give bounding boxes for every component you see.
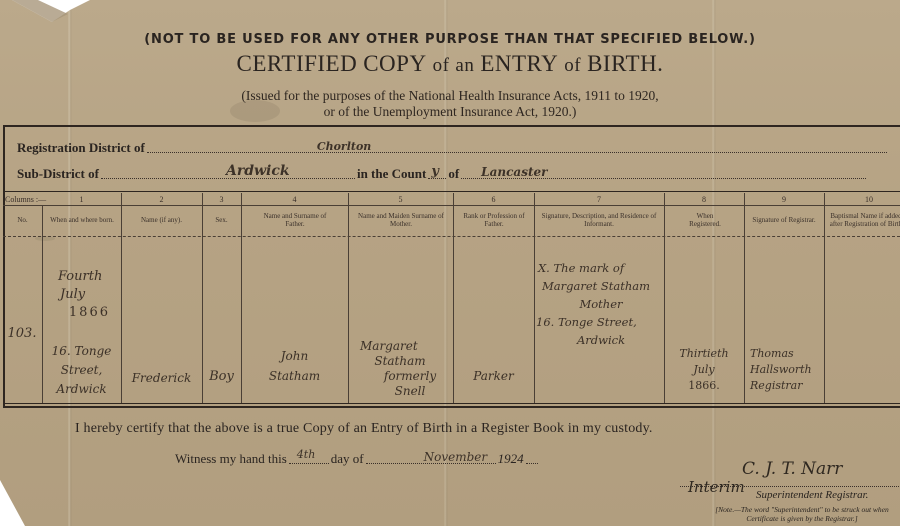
registration-district-line: Registration District of Chorlton: [17, 140, 889, 156]
notice-heading: (NOT TO BE USED FOR ANY OTHER PURPOSE TH…: [0, 32, 900, 47]
father-profession: Parker: [453, 368, 534, 384]
entry-number: 103.: [2, 326, 42, 342]
column-number: 6: [453, 195, 534, 204]
month-value: November: [424, 450, 488, 464]
column-header-sex: Sex.: [202, 208, 241, 232]
column-header-name: Name (if any).: [121, 208, 202, 232]
informant: X. The mark of Margaret Statham Mother 1…: [536, 259, 666, 349]
issued-statement: (Issued for the purposes of the National…: [0, 88, 900, 120]
father-name: John Statham: [241, 346, 348, 386]
column-divider: [42, 205, 43, 403]
column-header-informant: Signature, Description, and Residence of…: [540, 208, 658, 232]
child-sex: Boy: [202, 369, 241, 385]
column-number: 5: [348, 195, 453, 204]
certificate-title: CERTIFIED COPY of an ENTRY of BIRTH.: [0, 51, 900, 77]
year-value: 1924: [498, 451, 524, 467]
mother-name: Margaret Statham formerly Snell: [350, 339, 450, 399]
column-number: 2: [121, 195, 202, 204]
column-number: 1: [42, 195, 121, 204]
column-number: 9: [744, 195, 824, 204]
column-header-registrar: Signature of Registrar.: [752, 208, 816, 232]
header-separator: [3, 236, 900, 237]
column-header-mother: Name and Maiden Surname of Mother.: [350, 208, 452, 232]
column-number: 8: [664, 195, 744, 204]
birth-date: Fourth July 1866: [50, 268, 110, 322]
witness-line: Witness my hand this 4th day of November…: [175, 451, 540, 467]
column-number: 7: [534, 195, 664, 204]
certification-statement: I hereby certify that the above is a tru…: [75, 421, 653, 437]
column-divider: [534, 193, 535, 403]
county-insert: y: [431, 164, 439, 179]
column-number: 4: [241, 195, 348, 204]
interim-annotation: Interim: [688, 478, 745, 496]
district-value: Chorlton: [317, 140, 371, 153]
county-value: Lancaster: [481, 165, 547, 179]
table-bottom-rule: [3, 403, 900, 404]
registrar-signature: Thomas Hallsworth Registrar: [746, 346, 830, 394]
subdistrict-value: Ardwick: [226, 163, 290, 179]
registration-date: Thirtieth July 1866.: [666, 346, 742, 394]
column-divider: [744, 193, 745, 403]
footnote: [Note.—The word "Superintendent" to be s…: [687, 505, 900, 523]
table-top-rule: [3, 191, 900, 192]
child-name: Frederick: [121, 370, 202, 386]
column-header-when-registered: When Registered.: [680, 208, 730, 232]
sub-district-line: Sub-District of Ardwick in the Count y o…: [17, 166, 868, 182]
column-header-father: Name and Surname of Father.: [255, 208, 335, 232]
column-header-when-where-born: When and where born.: [48, 208, 116, 232]
superintendent-signature: C. J. T. Narr: [742, 459, 842, 479]
superintendent-registrar-title: Superintendent Registrar.: [756, 489, 868, 501]
birth-place: 16. Tonge Street, Ardwick: [44, 342, 119, 399]
column-number-rule: [3, 205, 900, 206]
column-header-baptismal-name: Baptismal Name if added after Registrati…: [826, 208, 900, 232]
column-header-no: No.: [3, 208, 42, 232]
column-number: 10: [824, 195, 900, 204]
column-number: 3: [202, 195, 241, 204]
column-divider: [348, 193, 349, 403]
column-header-father-profession: Rank or Profession of Father.: [458, 208, 530, 232]
day-value: 4th: [297, 448, 316, 461]
